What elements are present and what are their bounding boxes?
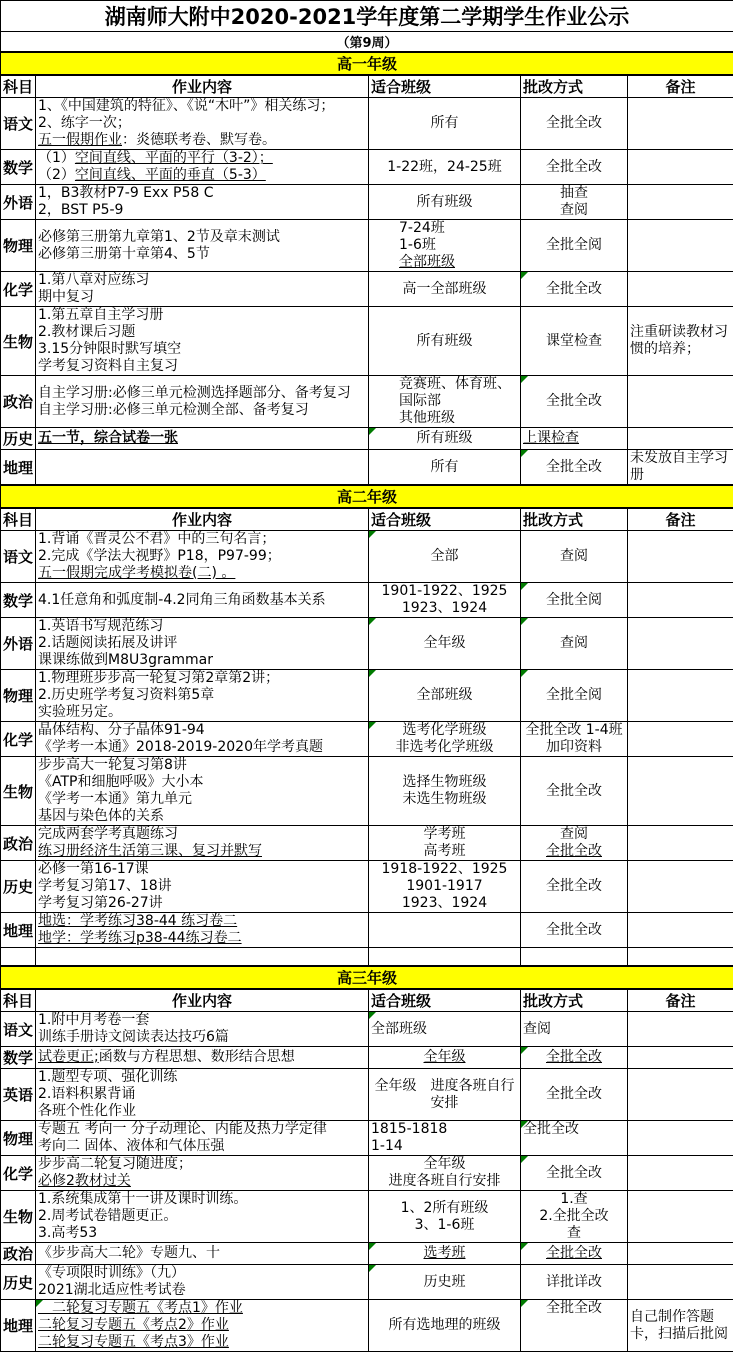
cell-line: 未发放自主学习册 (630, 450, 731, 484)
subject-cell: 物理 (1, 1121, 36, 1156)
text-segment: 学考复习第26-27讲 (38, 895, 163, 911)
cell-line: 7-24班 (399, 220, 518, 237)
subject-cell: 语文 (1, 1012, 36, 1047)
subject-cell: 历史 (1, 1265, 36, 1300)
note-cell: 未发放自主学习册 (628, 450, 733, 486)
cell-line: 选考化学班级 (371, 722, 518, 739)
classes-cell: 所有 (369, 450, 521, 486)
cell-line: 五一假期作业：炎德联考卷、默写卷。 (38, 132, 366, 149)
text-segment: 全批全改 (546, 783, 602, 799)
cell-line: 步步高大一轮复习第8讲 (38, 757, 366, 774)
note-cell (628, 1069, 733, 1121)
note-cell (628, 1191, 733, 1243)
cell-line: 1、《中国建筑的特征》、《说“木叶”》相关练习； (38, 98, 366, 115)
classes-cell: 选择生物班级未选生物班级 (369, 757, 521, 826)
method-cell: 全批全改 (521, 757, 628, 826)
cell-line: 全部班级 (371, 687, 518, 704)
section-title: 高二年级 (1, 485, 733, 508)
method-cell: 详批详改 (521, 1265, 628, 1300)
cell-line: 所有班级 (371, 333, 518, 350)
cell-line: 2.历史班学考复习资料第5章 (38, 687, 366, 704)
cell-line: 二轮复习专题五《考点2》作业 (38, 1317, 366, 1334)
table-row: 生物1.第五章自主学习册2.教材课后习题3.15分钟限时默写填空学考复习资料自主… (1, 307, 733, 376)
text-segment: 注重研读教材习惯的培养； (630, 324, 728, 357)
table-row: 历史必修一第16-17课学考复习第17、18讲学考复习第26-27讲1918-1… (1, 861, 733, 913)
subject-cell: 地理 (1, 1300, 36, 1352)
text-segment: 期中复习 (38, 289, 94, 305)
text-segment: 全批全改 (546, 1165, 602, 1181)
note-cell (628, 428, 733, 450)
text-segment: 3.15分钟限时默写填空 (38, 341, 181, 357)
comment-marker-icon (521, 1047, 528, 1054)
cell-line: 全年级 进度各班自行 (371, 1078, 518, 1095)
content-cell: 4.1任意角和弧度制-4.2同角三角函数基本关系 (36, 583, 369, 618)
note-cell (628, 1265, 733, 1300)
note-cell (628, 583, 733, 618)
text-segment: 抽查 (560, 185, 588, 201)
content-cell (36, 450, 369, 486)
cell-line: 全年级 (371, 635, 518, 652)
cell-line: 各班个性化作业 (38, 1103, 366, 1120)
classes-cell: 1815-18181-14 (369, 1121, 521, 1156)
classes-cell: 学考班高考班 (369, 826, 521, 861)
subject-cell: 物理 (1, 220, 36, 272)
cell-line: 2.话题阅读拓展及讲评 (38, 635, 366, 652)
note-cell (628, 861, 733, 913)
cell-line: 全年级 (371, 1049, 518, 1066)
text-segment: 全年级 进度各班自行 (375, 1078, 515, 1094)
column-header-row: 科目作业内容适合班级批改方式备注 (1, 989, 733, 1012)
text-segment: 全批全改 (546, 393, 602, 409)
subject-cell: 历史 (1, 861, 36, 913)
cell-line: 学考复习第26-27讲 (38, 895, 366, 912)
method-cell: 全批全阅 (521, 220, 628, 272)
text-segment: 必修第三册第十章第4、5节 (38, 246, 210, 262)
text-segment: 全年级 (424, 1049, 466, 1065)
method-cell: 全批全阅 (521, 670, 628, 722)
cell-line: 《专项限时训练》（九） (38, 1265, 366, 1282)
text-segment: 全部 (431, 548, 459, 564)
cell-line: 全批全改 (523, 1049, 625, 1066)
text-segment: 专题五 考向一 分子动理论、内能及热力学定律 (38, 1121, 327, 1137)
comment-marker-icon (521, 450, 528, 457)
text-segment: 学考复习资料自主复习 (38, 358, 178, 374)
cell-line: 查阅 (523, 1021, 625, 1038)
cell-line: 1-22班，24-25班 (371, 159, 518, 176)
text-segment: 查 (567, 1225, 581, 1241)
note-cell (628, 722, 733, 757)
text-segment: 二轮复习专题五《考点1》作业 (38, 1300, 243, 1316)
note-cell (628, 272, 733, 307)
classes-cell: 竞赛班、体育班、国际部其他班级 (369, 376, 521, 428)
cell-line: 查阅 (523, 826, 625, 843)
table-row: 语文1.背诵《晋灵公不君》中的三句名言；2.完成《学法大视野》P18，P97-9… (1, 531, 733, 583)
text-segment: 必修2教材过关 (38, 1173, 131, 1189)
cell-line: 其他班级 (399, 410, 518, 427)
text-segment: 自主学习册:必修三单元检测选择题部分、备考复习 (38, 385, 351, 401)
section-title: 高三年级 (1, 966, 733, 989)
content-cell: 《专项限时训练》（九）2021湖北适应性考试卷 (36, 1265, 369, 1300)
method-cell: 全批全改 (521, 1121, 628, 1156)
text-segment: 课堂检查 (546, 333, 602, 349)
text-segment: 安排 (431, 1095, 459, 1111)
text-segment: 1.物理班步步高一轮复习第2章第2讲； (38, 670, 279, 686)
method-cell: 上课检查 (521, 428, 628, 450)
table-row: 数学4.1任意角和弧度制-4.2同角三角函数基本关系1901-1922、1925… (1, 583, 733, 618)
text-segment: 训练手册诗文阅读表达技巧6篇 (38, 1029, 229, 1045)
cell-line: 非选考化学班级 (371, 739, 518, 756)
method-cell: 查阅 (521, 618, 628, 670)
column-header: 备注 (628, 508, 733, 531)
cell-line: 3.15分钟限时默写填空 (38, 341, 366, 358)
text-segment: 所有 (431, 459, 459, 475)
cell-line: 自主学习册:必修三单元检测全部、备考复习 (38, 402, 366, 419)
cell-line: 2.语料积累背诵 (38, 1086, 366, 1103)
text-segment: 全批全阅 (546, 592, 602, 608)
table-row: 外语1.英语书写规范练习2.话题阅读拓展及讲评课课练做到M8U3grammar全… (1, 618, 733, 670)
text-segment: 1.英语书写规范练习 (38, 618, 163, 634)
text-segment: 全部班级 (399, 254, 455, 270)
cell-line: 全批全改 (523, 159, 625, 176)
text-segment: 地选：学考练习38-44 练习卷二 (38, 913, 237, 929)
subject-cell: 英语 (1, 1069, 36, 1121)
method-cell: 全批全改 (521, 1300, 628, 1352)
comment-marker-icon (521, 1243, 528, 1250)
text-segment: 未选生物班级 (403, 791, 487, 807)
column-header-row: 科目作业内容适合班级批改方式备注 (1, 75, 733, 98)
cell-line: 自己制作答题卡，扫描后批阅 (630, 1309, 731, 1343)
method-cell (521, 948, 628, 967)
text-segment: 自己制作答题卡，扫描后批阅 (630, 1309, 728, 1342)
method-cell: 全批全改 (521, 1047, 628, 1069)
table-row: 物理专题五 考向一 分子动理论、内能及热力学定律考向二 固体、液体和气体压强18… (1, 1121, 733, 1156)
table-row: 政治自主学习册:必修三单元检测选择题部分、备考复习自主学习册:必修三单元检测全部… (1, 376, 733, 428)
subject-cell: 外语 (1, 618, 36, 670)
subject-cell: 物理 (1, 670, 36, 722)
text-segment: 步步高二轮复习随进度； (38, 1156, 192, 1172)
cell-line: 必修第三册第九章第1、2节及章末测试 (38, 229, 366, 246)
classes-cell: 所有 (369, 98, 521, 150)
content-cell: 地选：学考练习38-44 练习卷二地学：学考练习p38-44练习卷二 (36, 913, 369, 948)
subject-cell: 政治 (1, 826, 36, 861)
text-segment: 《学考一本通》第九单元 (38, 791, 192, 807)
table-row: 物理必修第三册第九章第1、2节及章末测试必修第三册第十章第4、5节7-24班1-… (1, 220, 733, 272)
cell-line: 实验班另定。 (38, 704, 366, 721)
classes-cell: 7-24班1-6班全部班级 (369, 220, 521, 272)
classes-cell: 所有班级 (369, 185, 521, 220)
column-header: 适合班级 (369, 75, 521, 98)
subject-cell: 政治 (1, 1243, 36, 1265)
text-segment: 7-24班 (399, 220, 445, 236)
text-segment: 非选考化学班级 (396, 739, 494, 755)
table-row: 语文1.附中月考卷一套训练手册诗文阅读表达技巧6篇全部班级查阅 (1, 1012, 733, 1047)
cell-line: 1.英语书写规范练习 (38, 618, 366, 635)
text-segment: 五一假期作业 (38, 132, 122, 148)
method-cell: 全批全改 (521, 450, 628, 486)
cell-line: 学考复习第17、18讲 (38, 878, 366, 895)
cell-line: 1918-1922、1925 (371, 861, 518, 878)
table-row: 外语1，B3教材P7-9 Exx P58 C2，BST P5-9所有班级抽查查阅 (1, 185, 733, 220)
text-segment: 全部班级 (417, 687, 473, 703)
comment-marker-icon (369, 1243, 376, 1250)
subject-cell: 外语 (1, 185, 36, 220)
content-cell: 1、《中国建筑的特征》、《说“木叶”》相关练习；2、练字一次；五一假期作业：炎德… (36, 98, 369, 150)
classes-cell: 全部班级 (369, 670, 521, 722)
content-cell: 1.背诵《晋灵公不君》中的三句名言；2.完成《学法大视野》P18，P97-99；… (36, 531, 369, 583)
note-cell (628, 618, 733, 670)
cell-line: 进度各班自行安排 (371, 1173, 518, 1190)
text-segment: 2、练字一次； (38, 115, 131, 131)
cell-line: 《ATP和细胞呼吸》大小本 (38, 774, 366, 791)
comment-marker-icon (521, 1300, 528, 1307)
subject-cell: 地理 (1, 913, 36, 948)
content-cell: 晶体结构、分子晶体91-94《学考一本通》2018-2019-2020年学考真题 (36, 722, 369, 757)
cell-line: 练习册经济生活第三课、复习并默写 (38, 843, 366, 860)
text-segment: 2.教材课后习题 (38, 324, 135, 340)
text-segment: 1901-1917 (406, 878, 482, 894)
text-segment: 学考班 (424, 826, 466, 842)
cell-line: 自主学习册:必修三单元检测选择题部分、备考复习 (38, 385, 366, 402)
cell-line: 抽查 (523, 185, 625, 202)
text-segment: 全批全改 (546, 1049, 602, 1065)
page-subtitle: （第9周） (1, 32, 733, 53)
content-cell: 1.题型专项、强化训练2.语料积累背诵各班个性化作业 (36, 1069, 369, 1121)
classes-cell: 所有班级 (369, 307, 521, 376)
cell-line: 训练手册诗文阅读表达技巧6篇 (38, 1029, 366, 1046)
text-segment: 地学：学考练习p38-44练习卷二 (38, 930, 242, 946)
subject-cell: 化学 (1, 1156, 36, 1191)
comment-marker-icon (36, 1300, 43, 1307)
text-segment: 1.查 (560, 1191, 587, 1207)
text-segment: 1.系统集成第十一讲及课时训练。 (38, 1191, 247, 1207)
note-cell: 自己制作答题卡，扫描后批阅 (628, 1300, 733, 1352)
subject-cell: 语文 (1, 531, 36, 583)
subject-cell: 数学 (1, 150, 36, 185)
comment-marker-icon (521, 670, 528, 677)
cell-line: 二轮复习专题五《考点1》作业 (38, 1300, 366, 1317)
cell-line: 全批全改 (523, 1121, 625, 1138)
text-segment: 步步高大一轮复习第8讲 (38, 757, 187, 773)
text-segment: 学考复习第17、18讲 (38, 878, 172, 894)
cell-line: 1815-1818 (371, 1121, 518, 1138)
content-cell: 二轮复习专题五《考点1》作业二轮复习专题五《考点2》作业二轮复习专题五《考点3》… (36, 1300, 369, 1352)
text-segment: 2.语料积累背诵 (38, 1086, 135, 1102)
cell-line: 选考班 (371, 1245, 518, 1262)
content-cell: 试卷更正;函数与方程思想、数形结合思想 (36, 1047, 369, 1069)
text-segment: 完成两套学考真题练习 (38, 826, 178, 842)
section-banner-row: 高三年级 (1, 966, 733, 989)
classes-cell: 所有班级 (369, 428, 521, 450)
text-segment: 1，B3教材P7-9 Exx P58 C (38, 185, 214, 201)
content-cell: 1.附中月考卷一套训练手册诗文阅读表达技巧6篇 (36, 1012, 369, 1047)
cell-line: 二轮复习专题五《考点3》作业 (38, 1334, 366, 1351)
note-cell (628, 185, 733, 220)
cell-line: 全批全改 (523, 459, 625, 476)
cell-line: 详批详改 (523, 1274, 625, 1291)
content-cell: 自主学习册:必修三单元检测选择题部分、备考复习自主学习册:必修三单元检测全部、备… (36, 376, 369, 428)
text-segment: 1.背诵《晋灵公不君》中的三句名言； (38, 531, 275, 547)
content-cell: 完成两套学考真题练习练习册经济生活第三课、复习并默写 (36, 826, 369, 861)
method-cell: 查阅全批全改 (521, 826, 628, 861)
content-cell: 五一节，综合试卷一张 (36, 428, 369, 450)
cell-line: 全批全改 (523, 1245, 625, 1262)
text-segment: 《步步高大二轮》专题九、十 (38, 1245, 220, 1261)
comment-marker-icon (369, 1265, 376, 1272)
method-cell: 抽查查阅 (521, 185, 628, 220)
text-segment: 1815-1818 (371, 1121, 447, 1137)
content-cell: 1，B3教材P7-9 Exx P58 C2，BST P5-9 (36, 185, 369, 220)
comment-marker-icon (369, 670, 376, 677)
text-segment: 空间直线、平面的垂直（5-3） (75, 167, 266, 183)
table-row: 地理所有全批全改未发放自主学习册 (1, 450, 733, 486)
text-segment: 2.历史班学考复习资料第5章 (38, 687, 214, 703)
cell-line: 未选生物班级 (371, 791, 518, 808)
note-cell (628, 220, 733, 272)
text-segment: 加印资料 (546, 739, 602, 755)
table-row: 英语1.题型专项、强化训练2.语料积累背诵各班个性化作业全年级 进度各班自行安排… (1, 1069, 733, 1121)
text-segment: 所有选地理的班级 (389, 1317, 501, 1333)
content-cell: 1.系统集成第十一讲及课时训练。2.周考试卷错题更正。3.高考53 (36, 1191, 369, 1243)
cell-line: 全年级 (371, 1156, 518, 1173)
text-segment: 1901-1922、1925 (382, 583, 508, 599)
cell-line: 高考班 (371, 843, 518, 860)
comment-marker-icon (369, 428, 376, 435)
cell-line: 全批全改 1-4班 (523, 722, 625, 739)
cell-line: 全批全改 (523, 393, 625, 410)
column-header: 备注 (628, 75, 733, 98)
column-header: 科目 (1, 989, 36, 1012)
text-segment: 所有 (431, 115, 459, 131)
cell-line: 全批全改 (523, 1086, 625, 1103)
text-segment: 选择生物班级 (403, 774, 487, 790)
comment-marker-icon (521, 583, 528, 590)
content-cell: 1.英语书写规范练习2.话题阅读拓展及讲评课课练做到M8U3grammar (36, 618, 369, 670)
cell-line: 《学考一本通》2018-2019-2020年学考真题 (38, 739, 366, 756)
column-header: 科目 (1, 508, 36, 531)
content-cell: 步步高二轮复习随进度；必修2教材过关 (36, 1156, 369, 1191)
cell-line: （2）空间直线、平面的垂直（5-3） (38, 167, 366, 184)
column-header: 批改方式 (521, 75, 628, 98)
method-cell: 全批全改 (521, 861, 628, 913)
text-segment: 基因与染色体的关系 (38, 808, 164, 824)
page-title: 湖南师大附中2020-2021学年度第二学期学生作业公示 (1, 1, 733, 32)
cell-line: 全批全改 (523, 843, 625, 860)
cell-line: 地学：学考练习p38-44练习卷二 (38, 930, 366, 947)
text-segment: 2.全批全改 (539, 1208, 608, 1224)
text-segment: 晶体结构、分子晶体91-94 (38, 722, 205, 738)
cell-line: 五一假期完成学考模拟卷(二) 。 (38, 565, 366, 582)
text-segment: 3、1-6班 (415, 1217, 475, 1233)
table-row: 数学（1）空间直线、平面的平行（3-2）；（2）空间直线、平面的垂直（5-3）1… (1, 150, 733, 185)
cell-line: 1.背诵《晋灵公不君》中的三句名言； (38, 531, 366, 548)
text-segment: 全部班级 (371, 1021, 427, 1037)
subtitle-row: （第9周） (1, 32, 733, 53)
text-segment: 必修第三册第九章第1、2节及章末测试 (38, 229, 280, 245)
text-segment: 1、2所有班级 (401, 1200, 489, 1216)
cell-line: 期中复习 (38, 289, 366, 306)
classes-cell: 1918-1922、19251901-19171923、1924 (369, 861, 521, 913)
cell-line: 历史班 (371, 1274, 518, 1291)
comment-marker-icon (521, 1156, 528, 1163)
text-segment: 进度各班自行安排 (389, 1173, 501, 1189)
column-header: 作业内容 (36, 508, 369, 531)
text-segment: 二轮复习专题五《考点2》作业 (38, 1317, 229, 1333)
cell-line: 4.1任意角和弧度制-4.2同角三角函数基本关系 (38, 592, 366, 609)
table-row: 历史《专项限时训练》（九）2021湖北适应性考试卷历史班详批详改 (1, 1265, 733, 1300)
text-segment: 《专项限时训练》（九） (38, 1265, 185, 1281)
text-segment: 全年级 (424, 635, 466, 651)
column-header: 批改方式 (521, 508, 628, 531)
subject-cell: 政治 (1, 376, 36, 428)
cell-line: 查 (523, 1225, 625, 1242)
classes-cell: 高一全部班级 (369, 272, 521, 307)
cell-line: 查阅 (523, 548, 625, 565)
text-segment: 高考班 (424, 843, 466, 859)
cell-line: 基因与染色体的关系 (38, 808, 366, 825)
cell-line: 全部班级 (399, 254, 518, 271)
method-cell: 全批全改 (521, 913, 628, 948)
cell-line: 全部班级 (371, 1021, 518, 1038)
classes-cell: 1-22班，24-25班 (369, 150, 521, 185)
cell-line: 全批全阅 (523, 237, 625, 254)
table-row: 生物1.系统集成第十一讲及课时训练。2.周考试卷错题更正。3.高考531、2所有… (1, 1191, 733, 1243)
content-cell: 《步步高大二轮》专题九、十 (36, 1243, 369, 1265)
text-segment: 实验班另定。 (38, 704, 122, 720)
text-segment: 1-6班 (399, 237, 436, 253)
text-segment: 全批全改 (546, 281, 602, 297)
text-segment: 函数与方程思想、数形结合思想 (99, 1049, 295, 1065)
cell-line: 1.附中月考卷一套 (38, 1012, 366, 1029)
cell-line: 3.高考53 (38, 1225, 366, 1242)
homework-table: 湖南师大附中2020-2021学年度第二学期学生作业公示 （第9周） 高一年级科… (0, 0, 733, 1352)
text-segment: 1923、1924 (402, 895, 487, 911)
cell-line: 课课练做到M8U3grammar (38, 652, 366, 669)
subject-cell: 数学 (1, 1047, 36, 1069)
text-segment: 全批全改 1-4班 (525, 722, 622, 738)
title-row: 湖南师大附中2020-2021学年度第二学期学生作业公示 (1, 1, 733, 32)
cell-line: 1.查 (523, 1191, 625, 1208)
cell-line: 课堂检查 (523, 333, 625, 350)
text-segment: 全批全改 (546, 922, 602, 938)
method-cell: 全批全改 (521, 272, 628, 307)
cell-line: 晶体结构、分子晶体91-94 (38, 722, 366, 739)
cell-line: 所有 (371, 459, 518, 476)
cell-line: 必修一第16-17课 (38, 861, 366, 878)
cell-line: （1）空间直线、平面的平行（3-2）； (38, 150, 366, 167)
cell-line: 专题五 考向一 分子动理论、内能及热力学定律 (38, 1121, 366, 1138)
cell-line: 选择生物班级 (371, 774, 518, 791)
column-header: 适合班级 (369, 508, 521, 531)
column-header-row: 科目作业内容适合班级批改方式备注 (1, 508, 733, 531)
text-segment: 1、《中国建筑的特征》、《说“木叶”》相关练习； (38, 98, 334, 114)
method-cell: 1.查2.全批全改查 (521, 1191, 628, 1243)
subject-cell: 化学 (1, 272, 36, 307)
cell-line: 全批全改 (523, 878, 625, 895)
cell-line: 2.完成《学法大视野》P18，P97-99； (38, 548, 366, 565)
cell-line: 1901-1922、1925 (371, 583, 518, 600)
table-row (1, 948, 733, 967)
text-segment: 1918-1922、1925 (382, 861, 508, 877)
text-segment: 全批全改 (546, 878, 602, 894)
cell-line: 学考班 (371, 826, 518, 843)
cell-line: 所有 (371, 115, 518, 132)
classes-cell: 历史班 (369, 1265, 521, 1300)
text-segment: 2.完成《学法大视野》P18，P97-99； (38, 548, 281, 564)
text-segment: 课课练做到M8U3grammar (38, 652, 213, 668)
cell-line: 加印资料 (523, 739, 625, 756)
note-cell (628, 1156, 733, 1191)
cell-line: 安排 (371, 1095, 518, 1112)
